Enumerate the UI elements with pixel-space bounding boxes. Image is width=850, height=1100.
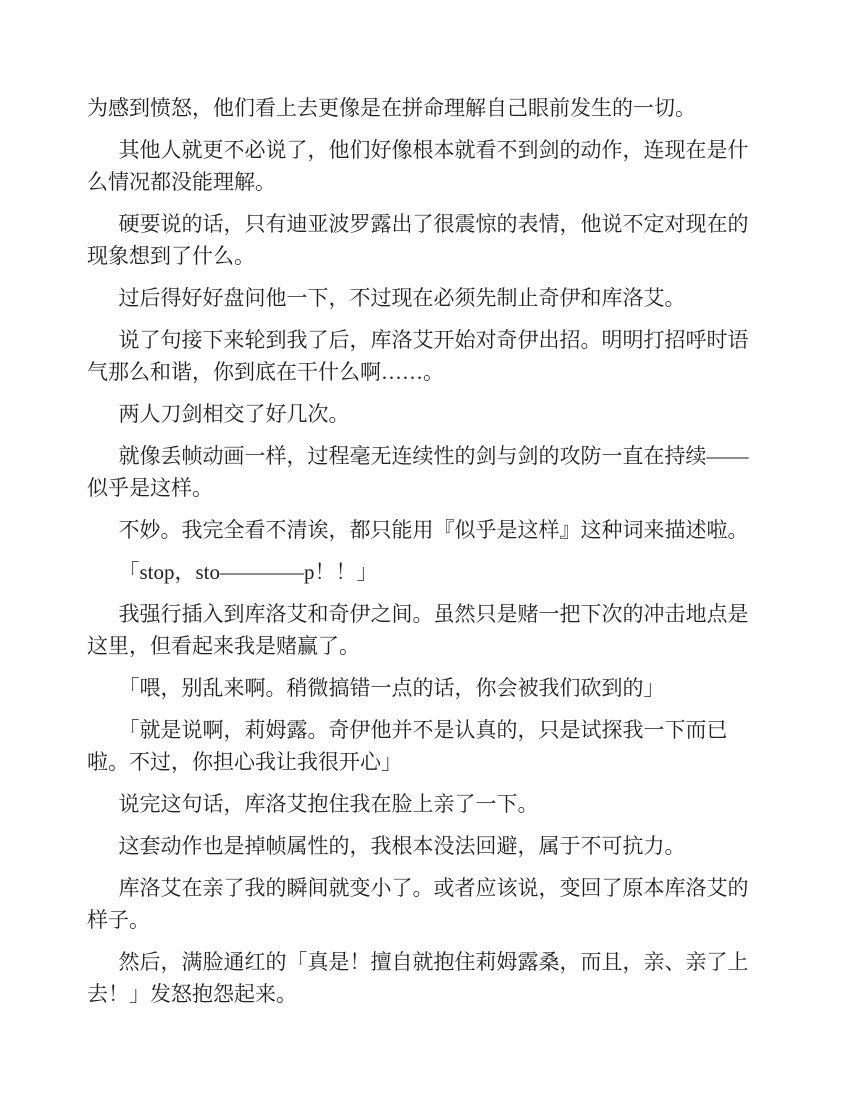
paragraph: 「stop，sto————p！！」 — [87, 556, 762, 588]
paragraph: 其他人就更不必说了，他们好像根本就看不到剑的动作，连现在是什么情况都没能理解。 — [87, 134, 762, 198]
paragraph: 为感到愤怒，他们看上去更像是在拼命理解自己眼前发生的一切。 — [87, 92, 762, 124]
novel-page: 为感到愤怒，他们看上去更像是在拼命理解自己眼前发生的一切。其他人就更不必说了，他… — [0, 0, 850, 1100]
paragraph: 就像丢帧动画一样，过程毫无连续性的剑与剑的攻防一直在持续——似乎是这样。 — [87, 440, 762, 504]
paragraph: 说完这句话，库洛艾抱住我在脸上亲了一下。 — [87, 788, 762, 820]
paragraph: 过后得好好盘问他一下，不过现在必须先制止奇伊和库洛艾。 — [87, 282, 762, 314]
paragraph: 这套动作也是掉帧属性的，我根本没法回避，属于不可抗力。 — [87, 830, 762, 862]
text-content: 为感到愤怒，他们看上去更像是在拼命理解自己眼前发生的一切。其他人就更不必说了，他… — [87, 92, 762, 1010]
paragraph: 「就是说啊，莉姆露。奇伊他并不是认真的，只是试探我一下而已啦。不过，你担心我让我… — [87, 714, 762, 778]
paragraph: 然后，满脸通红的「真是！擅自就抱住莉姆露桑，而且，亲、亲了上去！」发怒抱怨起来。 — [87, 946, 762, 1010]
paragraph: 两人刀剑相交了好几次。 — [87, 398, 762, 430]
paragraph: 「喂，别乱来啊。稍微搞错一点的话，你会被我们砍到的」 — [87, 672, 762, 704]
paragraph: 说了句接下来轮到我了后，库洛艾开始对奇伊出招。明明打招呼时语气那么和谐，你到底在… — [87, 324, 762, 388]
paragraph: 库洛艾在亲了我的瞬间就变小了。或者应该说，变回了原本库洛艾的样子。 — [87, 872, 762, 936]
paragraph: 不妙。我完全看不清诶，都只能用『似乎是这样』这种词来描述啦。 — [87, 514, 762, 546]
paragraph: 硬要说的话，只有迪亚波罗露出了很震惊的表情，他说不定对现在的现象想到了什么。 — [87, 208, 762, 272]
paragraph: 我强行插入到库洛艾和奇伊之间。虽然只是赌一把下次的冲击地点是这里，但看起来我是赌… — [87, 598, 762, 662]
